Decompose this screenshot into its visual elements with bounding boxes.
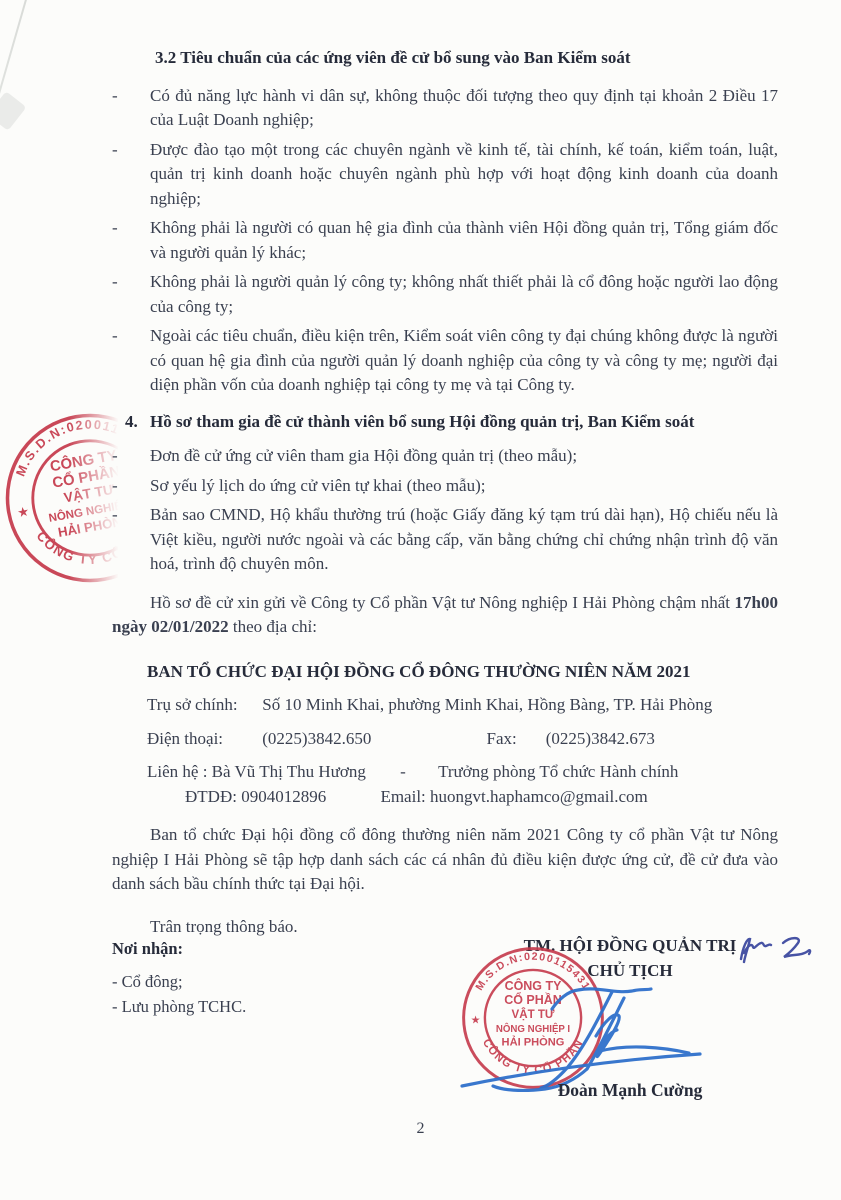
bullet-dash: - (112, 474, 150, 499)
mobile-label: ĐTDĐ: (185, 787, 237, 806)
list-item: - Không phải là người quản lý công ty; k… (112, 270, 778, 319)
section-3-2-heading: 3.2 Tiêu chuẩn của các ứng viên đề cử bổ… (155, 46, 778, 71)
phone-row: Điện thoại: (0225)3842.650 Fax: (0225)38… (147, 727, 778, 752)
list-item: - Ngoài các tiêu chuẩn, điều kiện trên, … (112, 324, 778, 398)
address-value: Số 10 Minh Khai, phường Minh Khai, Hồng … (262, 695, 712, 714)
address-label: Trụ sở chính: (147, 693, 258, 718)
address-row: Trụ sở chính: Số 10 Minh Khai, phường Mi… (147, 693, 778, 718)
page-number: 2 (0, 1120, 841, 1138)
section-4-heading: 4. Hồ sơ tham gia đề cử thành viên bổ su… (125, 410, 778, 435)
contact-person-row: Liên hệ : Bà Vũ Thị Thu Hương - Trưởng p… (147, 760, 778, 785)
phone-value: (0225)3842.650 (262, 727, 482, 752)
list-item: - Đơn đề cử ứng cử viên tham gia Hội đồn… (112, 444, 778, 469)
email-value: huongvt.haphamco@gmail.com (430, 787, 648, 806)
bullet-dash: - (112, 216, 150, 265)
recipients-block: Nơi nhận: - Cổ đông; - Lưu phòng TCHC. (112, 936, 246, 1019)
email-label: Email: (380, 787, 425, 806)
list-item: - Sơ yếu lý lịch do ứng cử viên tự khai … (112, 474, 778, 499)
phone-label: Điện thoại: (147, 727, 258, 752)
bullet-dash: - (112, 270, 150, 319)
scan-smudge-artifact (0, 91, 26, 131)
document-page: M.S.D.N:0200115431 CÔNG TY CỔ PHẦN ★ CÔN… (0, 0, 841, 1200)
list-item: - Có đủ năng lực hành vi dân sự, không t… (112, 84, 778, 133)
list-item: - Bản sao CMND, Hộ khẩu thường trú (hoặc… (112, 503, 778, 577)
section-4-number: 4. (125, 410, 150, 435)
closing-paragraph: Ban tổ chức Đại hội đồng cổ đông thường … (112, 823, 778, 897)
bullet-dash: - (112, 138, 150, 212)
bullet-dash: - (112, 84, 150, 133)
recipients-heading: Nơi nhận: (112, 936, 246, 961)
recipient-item: - Cổ đông; (112, 969, 246, 994)
bullet-dash: - (112, 503, 150, 577)
fax-label: Fax: (487, 727, 542, 752)
handwritten-initials (733, 928, 818, 973)
signer-name: Đoàn Mạnh Cường (470, 1080, 790, 1101)
fax-value: (0225)3842.673 (546, 729, 655, 748)
bullet-dash: - (112, 444, 150, 469)
mobile-value: 0904012896 (241, 787, 326, 806)
recipient-item: - Lưu phòng TCHC. (112, 994, 246, 1019)
organizer-title: BAN TỔ CHỨC ĐẠI HỘI ĐỒNG CỔ ĐÔNG THƯỜNG … (147, 660, 778, 685)
contact-person: Liên hệ : Bà Vũ Thị Thu Hương (147, 762, 366, 781)
contact-block: Trụ sở chính: Số 10 Minh Khai, phường Mi… (147, 693, 778, 809)
seal-star-icon: ★ (16, 503, 30, 520)
contact-person-title: Trưởng phòng Tổ chức Hành chính (438, 762, 678, 781)
document-body: 3.2 Tiêu chuẩn của các ứng viên đề cử bổ… (112, 46, 778, 939)
list-item: - Không phải là người có quan hệ gia đìn… (112, 216, 778, 265)
contact-mobile-row: ĐTDĐ: 0904012896 Email: huongvt.haphamco… (185, 785, 778, 810)
bullet-dash: - (112, 324, 150, 398)
list-item: - Được đào tạo một trong các chuyên ngàn… (112, 138, 778, 212)
submission-paragraph: Hồ sơ đề cử xin gửi về Công ty Cổ phần V… (112, 591, 778, 640)
